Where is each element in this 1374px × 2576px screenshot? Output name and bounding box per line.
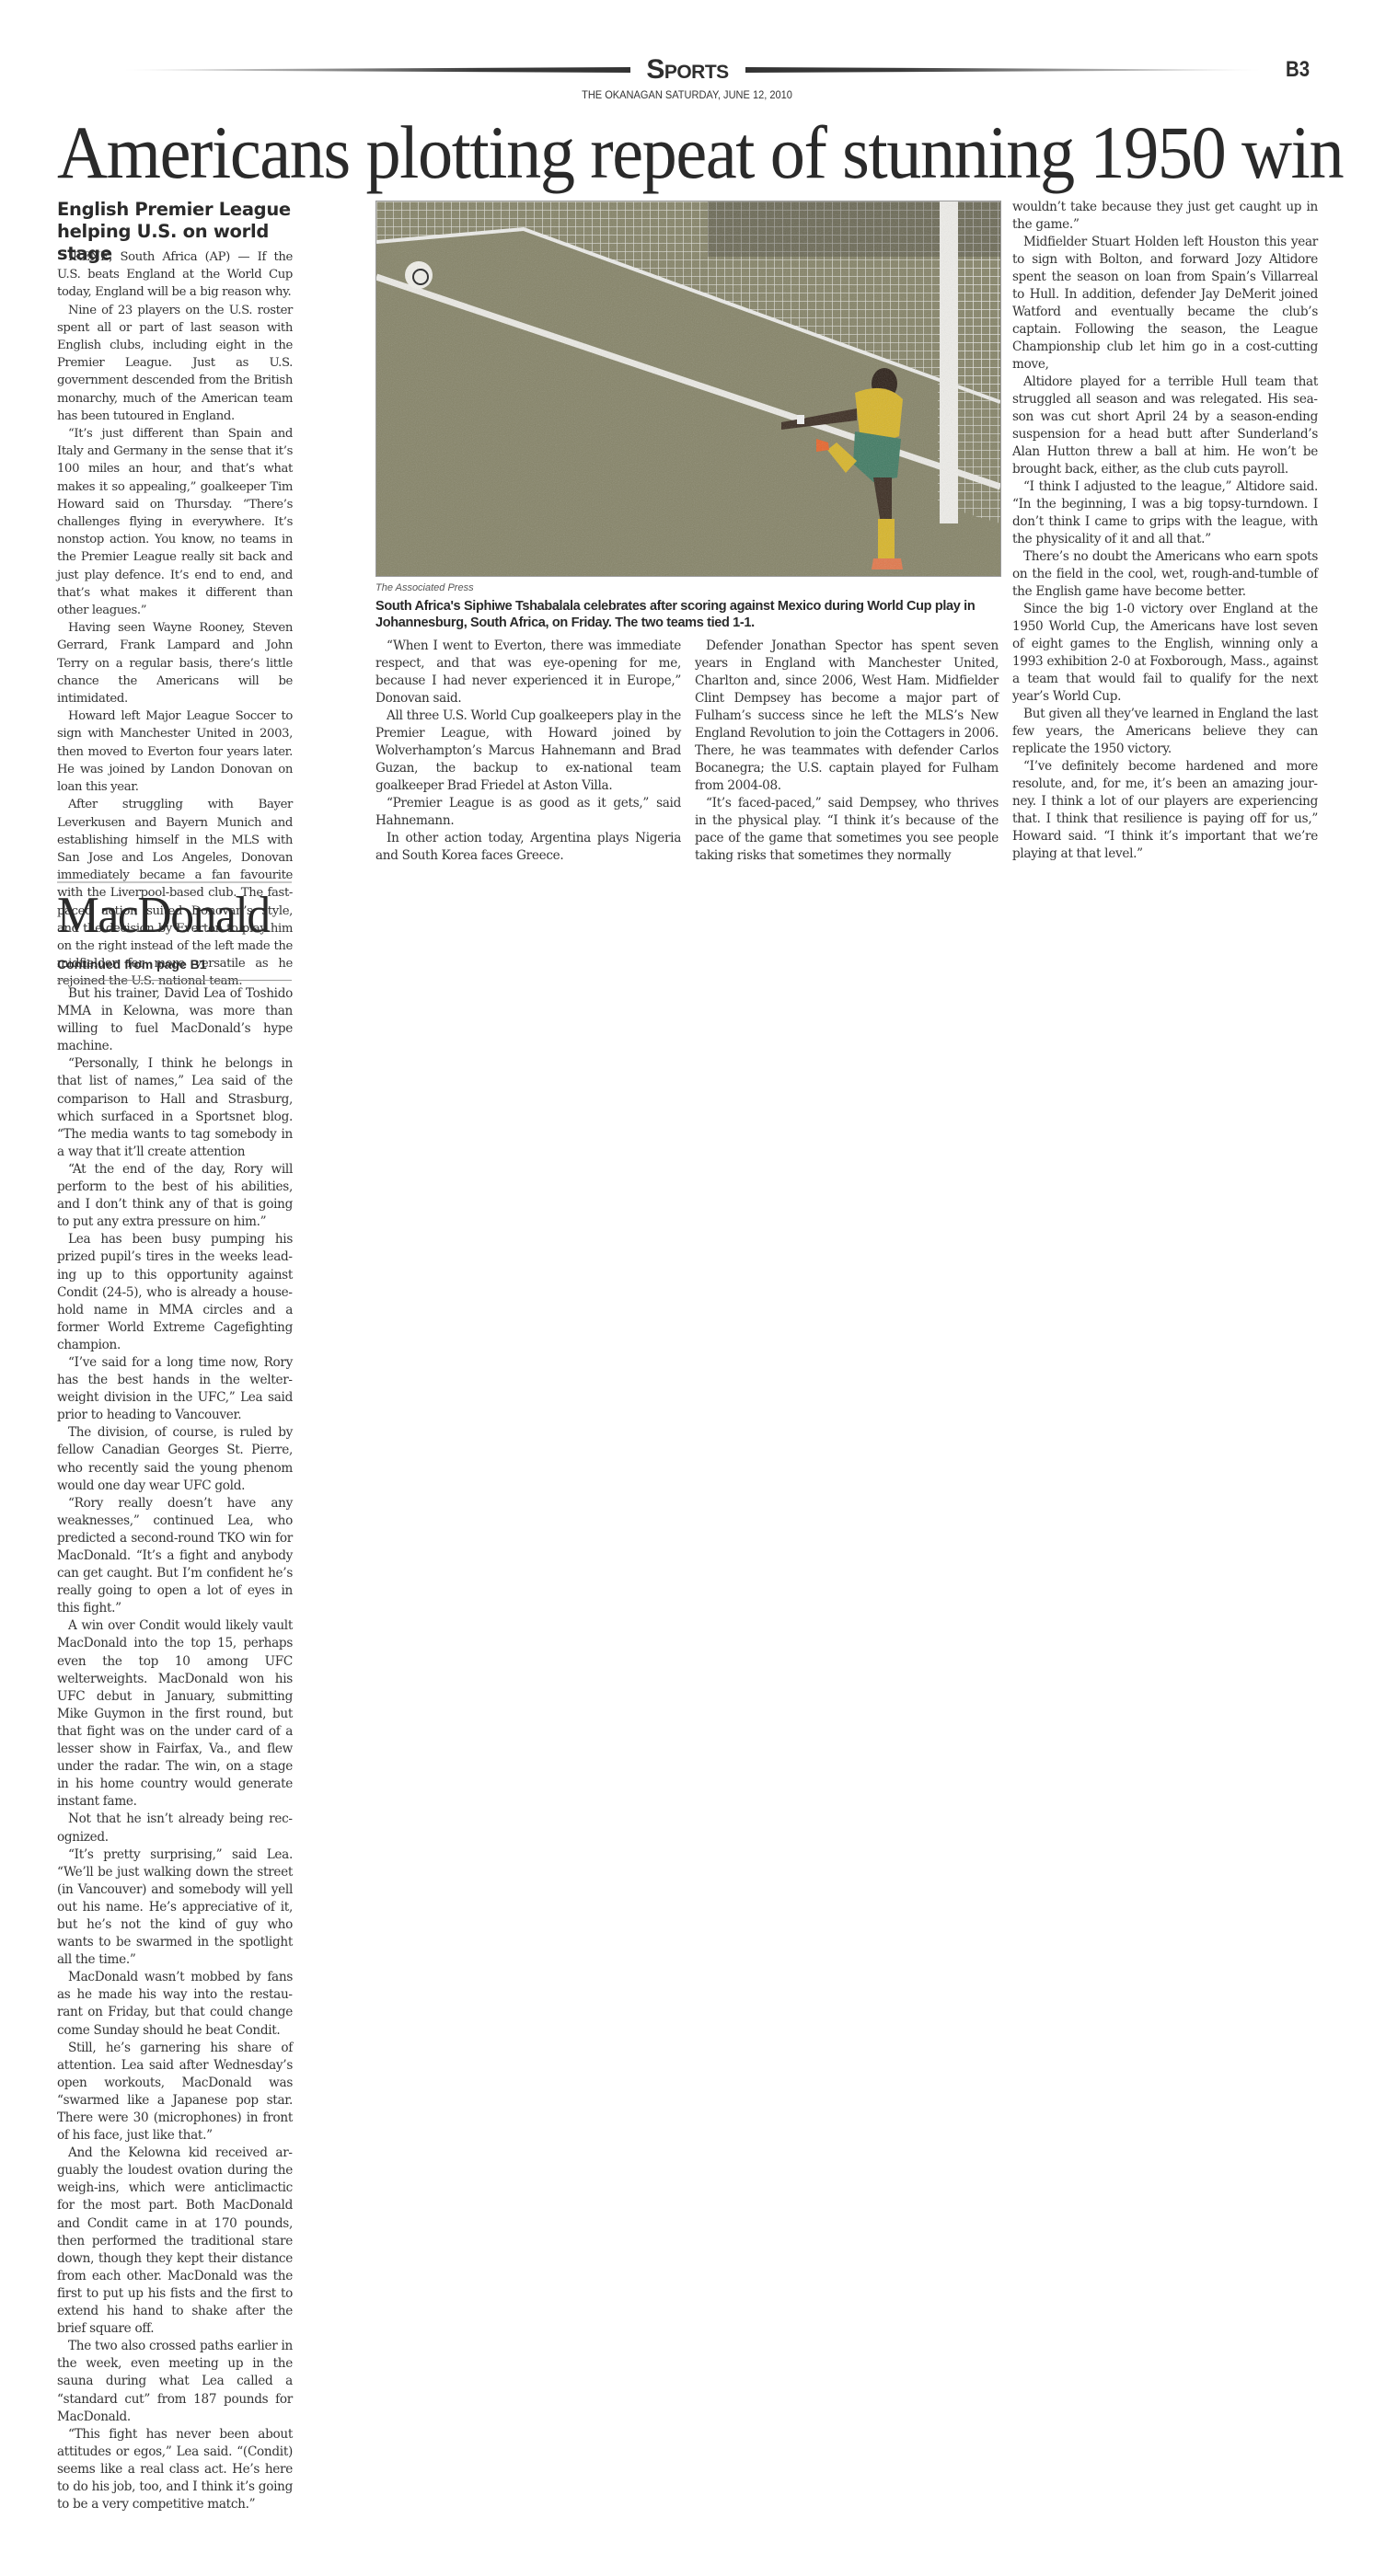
- paragraph: MacDonald wasn’t mobbed by fans as he ma…: [57, 1969, 293, 2039]
- dateline: THE OKANAGAN SATURDAY, JUNE 12, 2010: [55, 88, 1320, 101]
- page-number: B3: [1286, 57, 1310, 83]
- paragraph: “Premier League is as good as it gets,” …: [375, 795, 681, 830]
- section-name: Sports: [633, 55, 742, 85]
- jump-story-column: But his trainer, David Lea of Toshido MM…: [57, 985, 293, 2513]
- paragraph: Defender Jonathan Spector has spent seve…: [695, 638, 999, 795]
- article-column-4: wouldn’t take because they just get caug…: [1012, 199, 1318, 863]
- paragraph: Altidore played for a terrible Hull team…: [1012, 374, 1318, 478]
- paragraph: There’s no doubt the Americans who earn …: [1012, 548, 1318, 601]
- paragraph: “It’s just different than Spain and Ital…: [57, 425, 293, 619]
- paragraph: “I’ve said for a long time now, Rory has…: [57, 1354, 293, 1424]
- paragraph: “When I went to Everton, there was immed…: [375, 638, 681, 707]
- paragraph: The division, of course, is ruled by fel…: [57, 1424, 293, 1494]
- paragraph: “Personally, I think he belongs in that …: [57, 1055, 293, 1161]
- paragraph: Midfielder Stuart Holden left Houston th…: [1012, 234, 1318, 374]
- paragraph: “At the end of the day, Rory will perfor…: [57, 1161, 293, 1231]
- paragraph: “Rory really doesn’t have any weaknesses…: [57, 1495, 293, 1618]
- paragraph: But his trainer, David Lea of Toshido MM…: [57, 985, 293, 1055]
- article-column-1: IRENE, South Africa (AP) — If the U.S. b…: [57, 248, 293, 991]
- paragraph: Howard left Major League Soccer to sign …: [57, 707, 293, 796]
- photo-illustration: [376, 201, 1000, 576]
- paragraph: Nine of 23 players on the U.S. roster sp…: [57, 302, 293, 425]
- banner-rule-left: [124, 67, 630, 73]
- article-column-2: “When I went to Everton, there was immed…: [375, 638, 681, 865]
- paragraph: Still, he’s garnering his share of atten…: [57, 2040, 293, 2145]
- section-divider: [57, 881, 292, 883]
- paragraph: In other action today, Argentina plays N…: [375, 830, 681, 865]
- paragraph: Not that he isn’t already being rec­ogni…: [57, 1811, 293, 1846]
- paragraph: A win over Condit would likely vault Mac…: [57, 1617, 293, 1811]
- jump-divider: [57, 980, 292, 981]
- paragraph: But given all they’ve learned in England…: [1012, 706, 1318, 758]
- paragraph: Lea has been busy pumping his prized pup…: [57, 1231, 293, 1354]
- paragraph: “It’s faced-paced,” said Dempsey, who th…: [695, 795, 999, 865]
- paragraph: All three U.S. World Cup goalkeepers pla…: [375, 707, 681, 795]
- paragraph: Having seen Wayne Rooney, Steven Gerrard…: [57, 619, 293, 707]
- news-photo: [375, 201, 1001, 577]
- paragraph: “This fight has never been about attitud…: [57, 2426, 293, 2513]
- photo-caption: South Africa's Siphiwe Tshabalala celebr…: [375, 598, 1001, 631]
- jump-story-title: MacDonald: [57, 885, 270, 946]
- paragraph: The two also crossed paths earlier in th…: [57, 2338, 293, 2425]
- photo-credit: The Associated Press: [375, 582, 474, 593]
- paragraph: Since the big 1-0 victory over England a…: [1012, 601, 1318, 706]
- paragraph: “I think I adjusted to the league,” Alti…: [1012, 478, 1318, 548]
- paragraph: “It’s pretty surprising,” said Lea. “We’…: [57, 1846, 293, 1970]
- paragraph: wouldn’t take because they just get caug…: [1012, 199, 1318, 234]
- continued-from-label: Continued from page B1: [57, 957, 207, 972]
- banner-rule-right: [745, 67, 1261, 73]
- headline: Americans plotting repeat of stunning 19…: [57, 110, 1238, 195]
- article-column-3: Defender Jonathan Spector has spent seve…: [695, 638, 999, 865]
- paragraph: “I’ve definitely become hardened and mor…: [1012, 758, 1318, 863]
- paragraph: IRENE, South Africa (AP) — If the U.S. b…: [57, 248, 293, 302]
- paragraph: And the Kelowna kid received ar­guably t…: [57, 2145, 293, 2338]
